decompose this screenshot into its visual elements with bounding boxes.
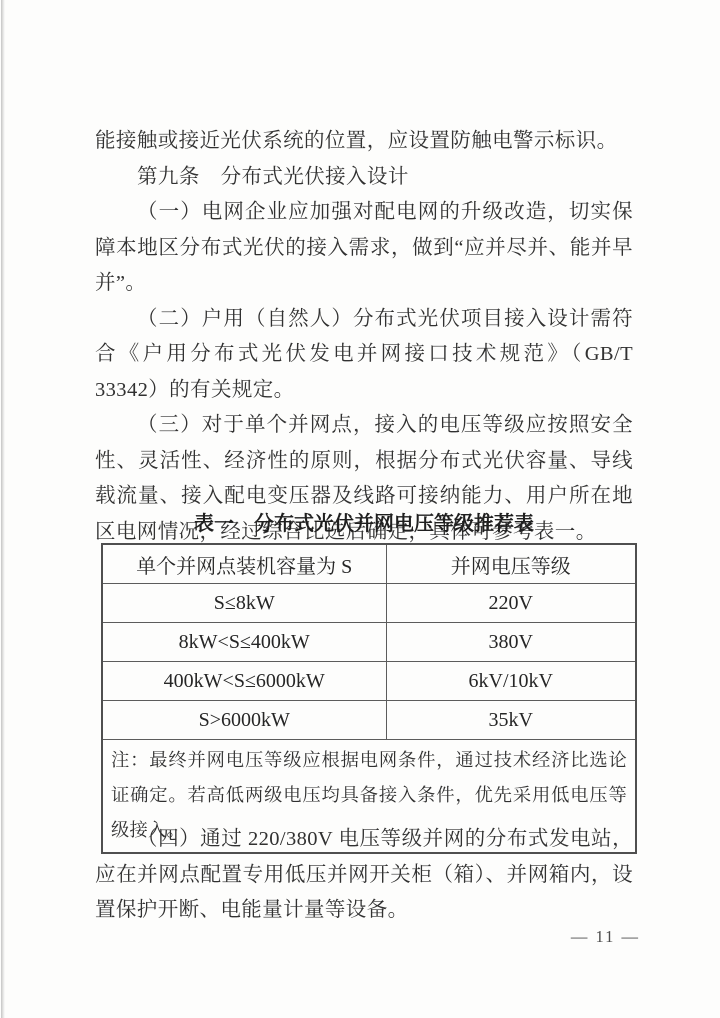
cell-voltage: 6kV/10kV	[386, 662, 636, 701]
header-voltage: 并网电压等级	[386, 544, 636, 584]
table-title: 表一 分布式光伏并网电压等级推荐表	[95, 509, 633, 537]
cell-voltage: 380V	[386, 623, 636, 662]
cell-capacity: 8kW<S≤400kW	[102, 623, 386, 662]
voltage-level-table: 单个并网点装机容量为 S 并网电压等级 S≤8kW 220V 8kW<S≤400…	[101, 543, 637, 854]
document-page: 能接触或接近光伏系统的位置，应设置防触电警示标识。 第九条 分布式光伏接入设计 …	[0, 0, 720, 1018]
body-text-block-bottom: （四）通过 220/380V 电压等级并网的分布式发电站，应在并网点配置专用低压…	[95, 822, 633, 929]
paragraph-item-4: （四）通过 220/380V 电压等级并网的分布式发电站，应在并网点配置专用低压…	[95, 822, 633, 929]
table-row: 400kW<S≤6000kW 6kV/10kV	[102, 662, 636, 701]
paragraph-item-1: （一）电网企业应加强对配电网的升级改造，切实保障本地区分布式光伏的接入需求，做到…	[95, 195, 633, 302]
header-capacity: 单个并网点装机容量为 S	[102, 544, 386, 584]
cell-capacity: S>6000kW	[102, 701, 386, 740]
cell-capacity: S≤8kW	[102, 584, 386, 623]
scan-edge-artifact	[1, 0, 5, 1018]
paragraph-article-9-heading: 第九条 分布式光伏接入设计	[95, 160, 633, 196]
table-header-row: 单个并网点装机容量为 S 并网电压等级	[102, 544, 636, 584]
paragraph-item-2: （二）户用（自然人）分布式光伏项目接入设计需符合《户用分布式光伏发电并网接口技术…	[95, 302, 633, 409]
cell-voltage: 220V	[386, 584, 636, 623]
cell-capacity: 400kW<S≤6000kW	[102, 662, 386, 701]
body-text-block: 能接触或接近光伏系统的位置，应设置防触电警示标识。 第九条 分布式光伏接入设计 …	[95, 124, 633, 550]
paragraph-continuation: 能接触或接近光伏系统的位置，应设置防触电警示标识。	[95, 124, 633, 160]
table-row: S>6000kW 35kV	[102, 701, 636, 740]
table-row: 8kW<S≤400kW 380V	[102, 623, 636, 662]
page-number: — 11 —	[95, 927, 640, 947]
cell-voltage: 35kV	[386, 701, 636, 740]
table-row: S≤8kW 220V	[102, 584, 636, 623]
